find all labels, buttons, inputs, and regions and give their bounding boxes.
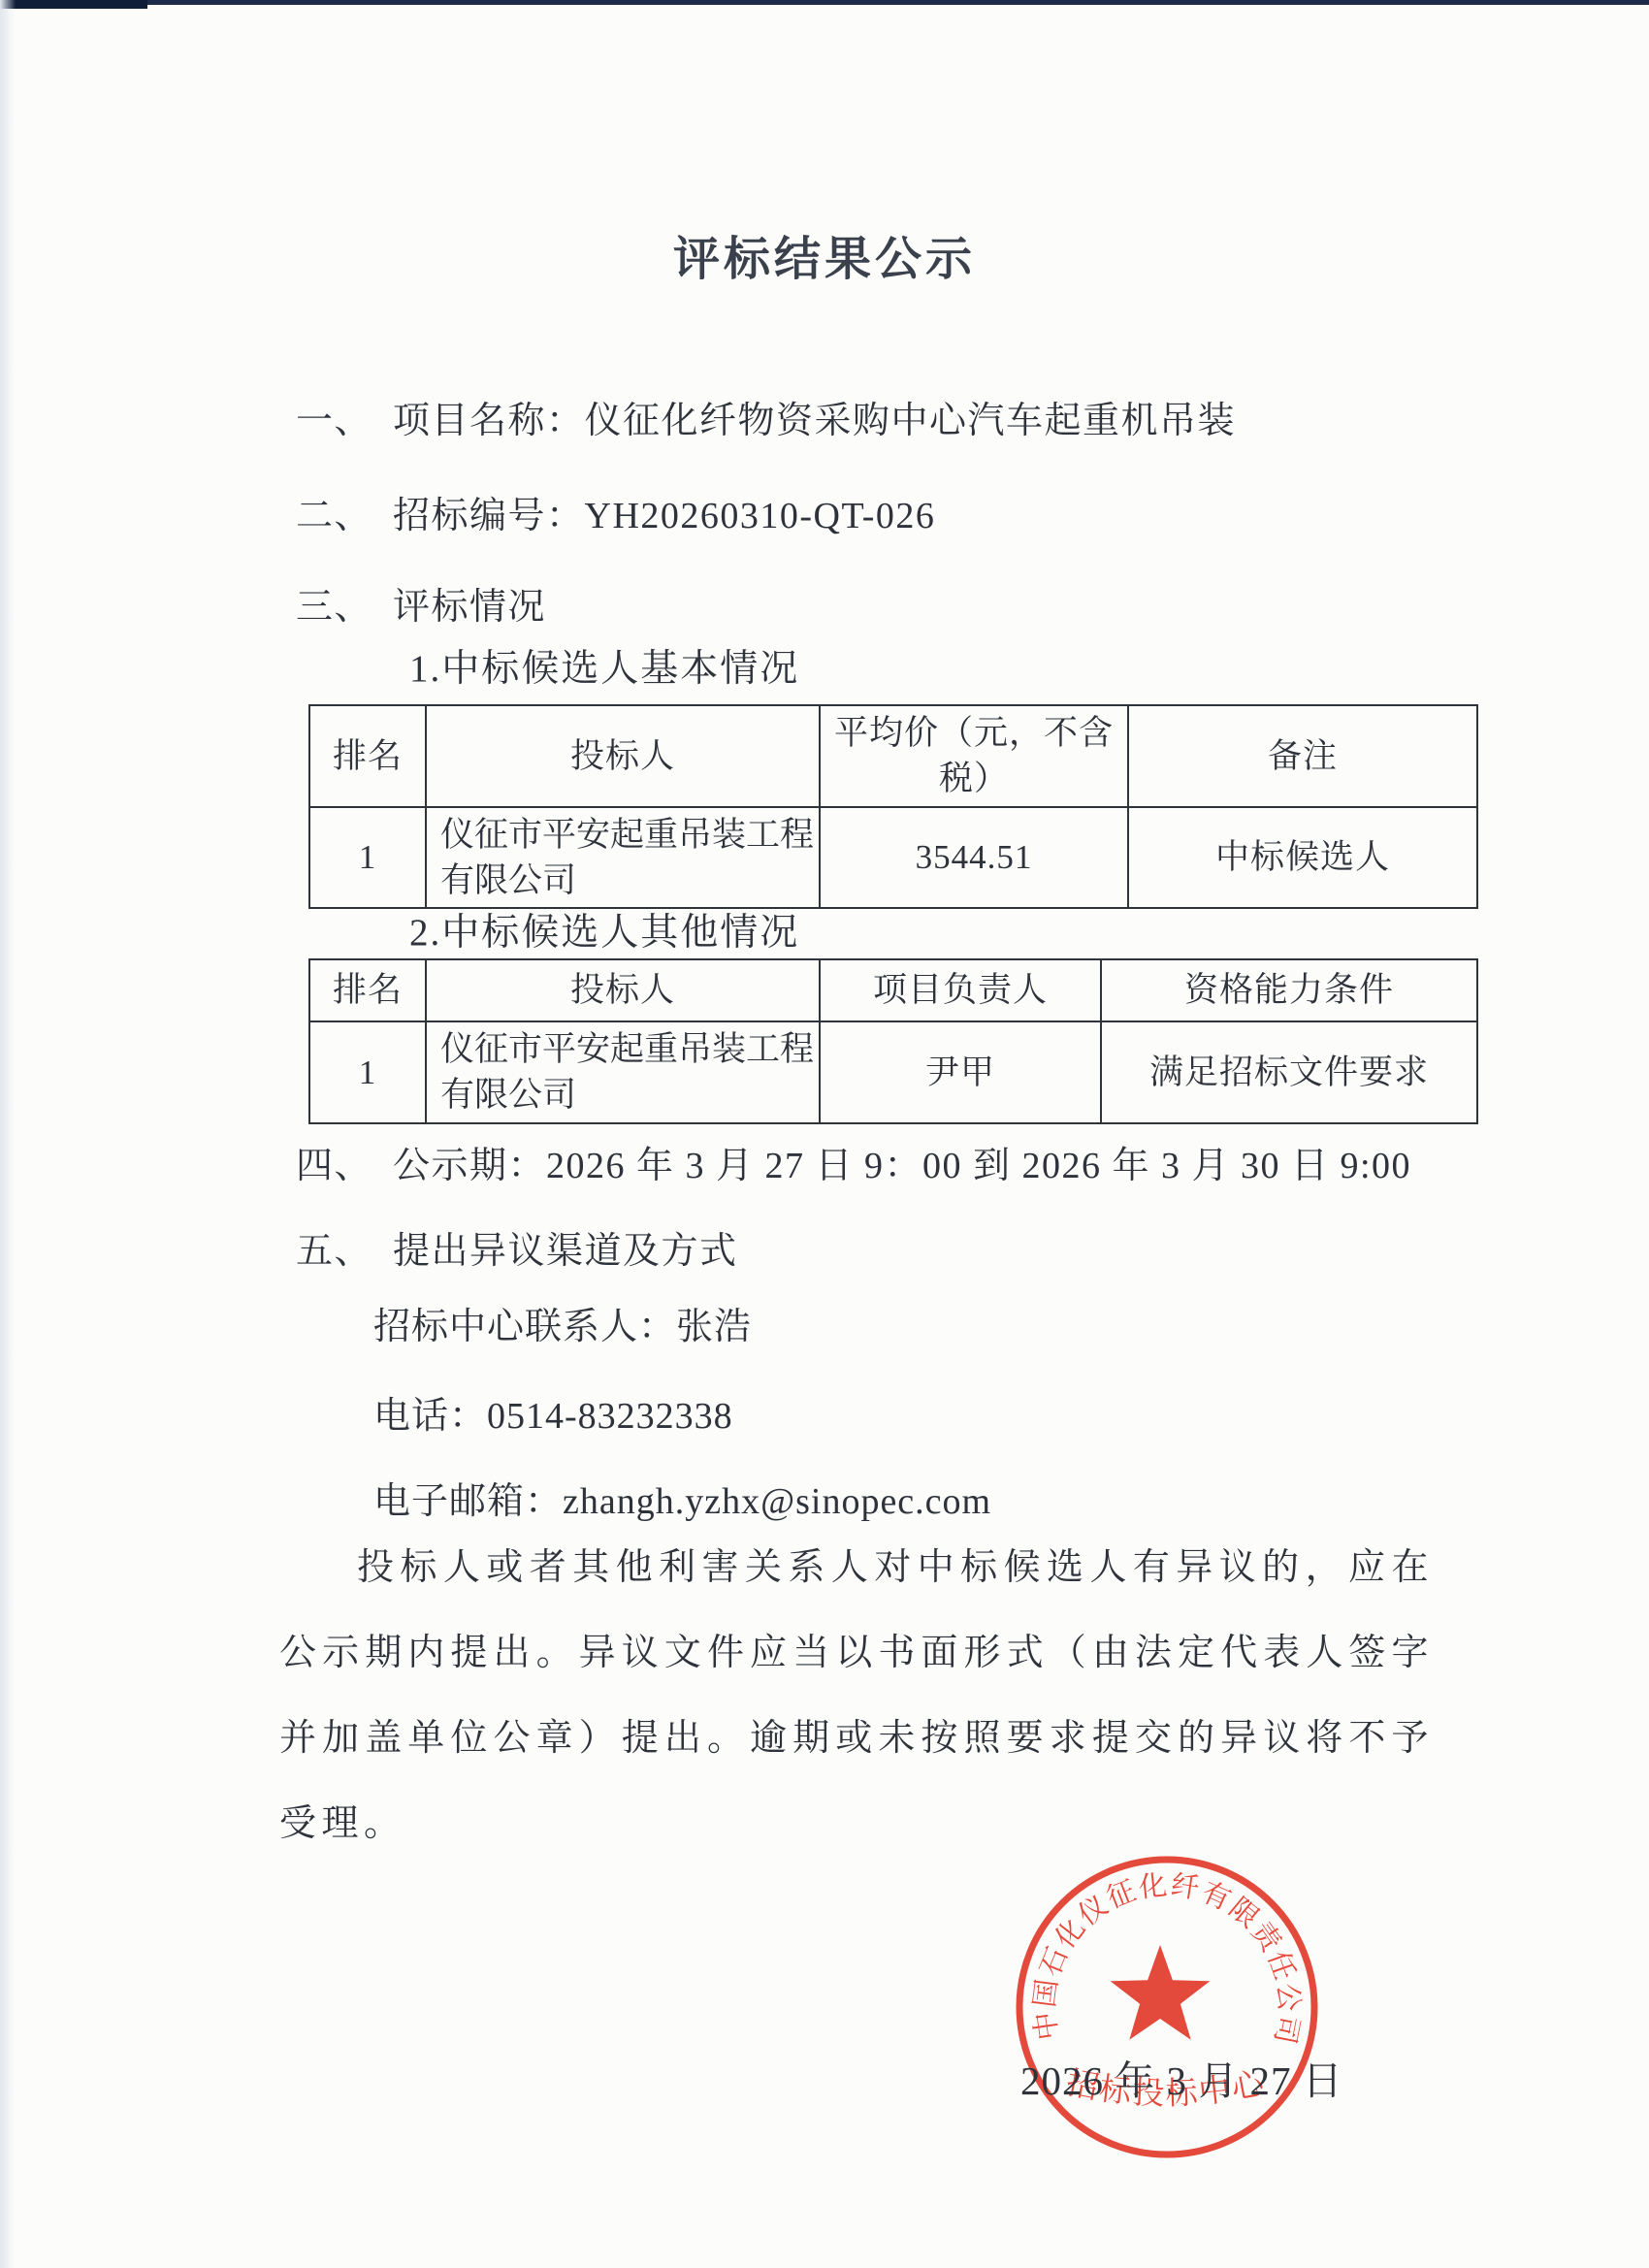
header-cell-average-price: 平均价（元，不含税） [820,705,1128,807]
cell-bidder: 仪征市平安起重吊装工程有限公司 [426,807,820,909]
document-page: 评标结果公示 一、项目名称：仪征化纤物资采购中心汽车起重机吊装 二、招标编号：Y… [0,0,1649,2268]
company-seal-stamp: 中国石化仪征化纤有限责任公司 招标投标中心 [1007,1849,1327,2169]
scan-artifact-top-strip [0,0,1649,5]
list-text: 提出异议渠道及方式 [393,1231,738,1272]
seal-star-icon [1111,1945,1211,2040]
list-number: 一、 [296,390,393,443]
list-text: 评标情况 [393,587,546,628]
cell-qualification: 满足招标文件要求 [1101,1021,1477,1123]
table-header-row: 排名 投标人 平均价（元，不含税） 备注 [309,705,1477,807]
header-cell-bidder: 投标人 [426,959,820,1021]
stamp-date: 2026 年 3 月 27 日 [1020,2049,1343,2106]
list-item-tender-number: 二、招标编号：YH20260310-QT-026 [296,485,1518,538]
list-number: 四、 [296,1135,393,1188]
scan-edge-shadow [0,0,16,2268]
table-header-row: 排名 投标人 项目负责人 资格能力条件 [309,959,1477,1021]
list-number: 五、 [296,1220,393,1274]
table-candidate-other-info: 排名 投标人 项目负责人 资格能力条件 1 仪征市平安起重吊装工程有限公司 尹甲… [308,958,1478,1124]
contact-person-line: 招标中心联系人：张浩 [373,1296,752,1349]
list-item-project-name: 一、项目名称：仪征化纤物资采购中心汽车起重机吊装 [296,390,1518,443]
objection-paragraph: 投标人或者其他利害关系人对中标候选人有异议的，应在公示期内提出。异议文件应当以书… [279,1525,1434,1866]
header-cell-rank: 排名 [309,959,426,1021]
list-text: 公示期：2026 年 3 月 27 日 9：00 到 2026 年 3 月 30… [393,1146,1411,1186]
header-cell-bidder: 投标人 [426,705,820,807]
table-candidate-basic-info: 排名 投标人 平均价（元，不含税） 备注 1 仪征市平安起重吊装工程有限公司 3… [308,704,1478,909]
subheading-candidate-other-info: 2.中标候选人其他情况 [409,902,799,956]
cell-bidder: 仪征市平安起重吊装工程有限公司 [426,1021,820,1123]
list-item-evaluation: 三、评标情况 [296,576,1518,630]
list-item-objection-channel: 五、提出异议渠道及方式 [296,1220,1518,1274]
cell-average-price: 3544.51 [820,807,1128,909]
header-cell-project-manager: 项目负责人 [820,959,1101,1021]
contact-phone-line: 电话：0514-83232338 [373,1385,733,1439]
table-row: 1 仪征市平安起重吊装工程有限公司 3544.51 中标候选人 [309,807,1477,909]
list-number: 三、 [296,576,393,630]
header-cell-remark: 备注 [1128,705,1477,807]
cell-remark: 中标候选人 [1128,807,1477,909]
cell-rank: 1 [309,807,426,909]
cell-rank: 1 [309,1021,426,1123]
subheading-candidate-basic-info: 1.中标候选人基本情况 [409,638,799,693]
list-text: 招标编号：YH20260310-QT-026 [393,496,935,536]
table-row: 1 仪征市平安起重吊装工程有限公司 尹甲 满足招标文件要求 [309,1021,1477,1123]
header-cell-qualification: 资格能力条件 [1101,959,1477,1021]
page-title: 评标结果公示 [0,221,1649,288]
list-text: 项目名称：仪征化纤物资采购中心汽车起重机吊装 [393,401,1236,441]
list-item-publicity-period: 四、公示期：2026 年 3 月 27 日 9：00 到 2026 年 3 月 … [296,1135,1518,1188]
cell-project-manager: 尹甲 [820,1021,1101,1123]
contact-email-line: 电子邮箱：zhangh.yzhx@sinopec.com [373,1471,991,1524]
scan-artifact-top-left-block [0,0,147,9]
list-number: 二、 [296,485,393,538]
header-cell-rank: 排名 [309,705,426,807]
